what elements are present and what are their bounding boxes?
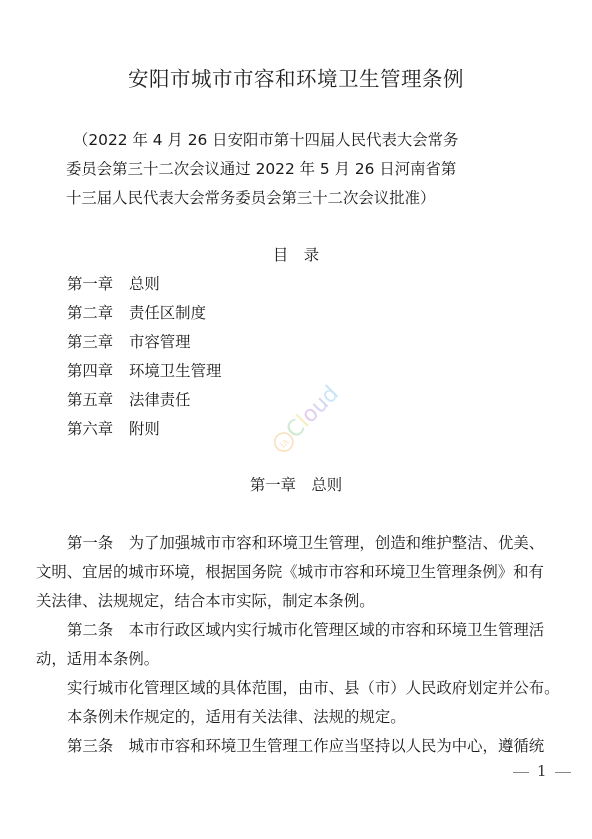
toc-heading: 目 录 xyxy=(0,243,592,265)
preamble-line-2: 委员会第三十二次会议通过 2022 年 5 月 26 日河南省第 xyxy=(66,159,456,179)
toc-item-number: 第六章 xyxy=(67,417,129,439)
preamble-line-1: （2022 年 4 月 26 日安阳市第十四届人民代表大会常务 xyxy=(73,130,458,150)
toc-item-number: 第一章 xyxy=(67,272,129,294)
page-number: 1 xyxy=(505,762,579,780)
toc-item-2: 第二章责任区制度 xyxy=(67,301,206,323)
body-line-6: 实行城市化管理区域的具体范围，由市、县（市）人民政府划定并公布。 xyxy=(67,678,560,698)
toc-item-number: 第五章 xyxy=(67,388,129,410)
toc-item-number: 第四章 xyxy=(67,359,129,381)
body-line-7: 本条例未作规定的，适用有关法律、法规的规定。 xyxy=(67,707,406,727)
toc-item-3: 第三章市容管理 xyxy=(67,330,191,352)
toc-item-name: 市容管理 xyxy=(129,333,191,351)
chapter-heading: 第一章 总则 xyxy=(0,473,592,495)
body-line-5: 动，适用本条例。 xyxy=(36,649,159,669)
toc-item-name: 责任区制度 xyxy=(129,304,206,322)
toc-item-name: 法律责任 xyxy=(129,391,191,409)
svg-text:Cloud: Cloud xyxy=(282,381,344,443)
document-title: 安阳市城市市容和环境卫生管理条例 xyxy=(0,62,592,92)
dash-right xyxy=(555,772,571,773)
body-line-2: 文明、宜居的城市环境，根据国务院《城市市容和环境卫生管理条例》和有 xyxy=(36,562,544,582)
page-number-value: 1 xyxy=(537,762,547,780)
toc-item-name: 环境卫生管理 xyxy=(129,362,221,380)
body-line-8: 第三条 城市市容和环境卫生管理工作应当坚持以人民为中心，遵循统 xyxy=(67,736,544,756)
body-line-1: 第一条 为了加强城市市容和环境卫生管理，创造和维护整洁、优美、 xyxy=(67,533,544,553)
preamble-line-3: 十三届人民代表大会常务委员会第三十二次会议批准） xyxy=(66,188,435,208)
toc-item-5: 第五章法律责任 xyxy=(67,388,191,410)
toc-item-name: 附则 xyxy=(129,420,160,438)
svg-text:IA: IA xyxy=(278,437,291,450)
icloud-watermark-icon: IA Cloud xyxy=(255,378,355,458)
toc-item-name: 总则 xyxy=(129,275,160,293)
dash-left xyxy=(513,772,529,773)
toc-item-number: 第二章 xyxy=(67,301,129,323)
body-line-4: 第二条 本市行政区域内实行城市化管理区域的市容和环境卫生管理活 xyxy=(67,620,544,640)
toc-item-1: 第一章总则 xyxy=(67,272,160,294)
toc-item-6: 第六章附则 xyxy=(67,417,160,439)
toc-item-4: 第四章环境卫生管理 xyxy=(67,359,221,381)
body-line-3: 关法律、法规规定，结合本市实际，制定本条例。 xyxy=(36,591,375,611)
toc-item-number: 第三章 xyxy=(67,330,129,352)
